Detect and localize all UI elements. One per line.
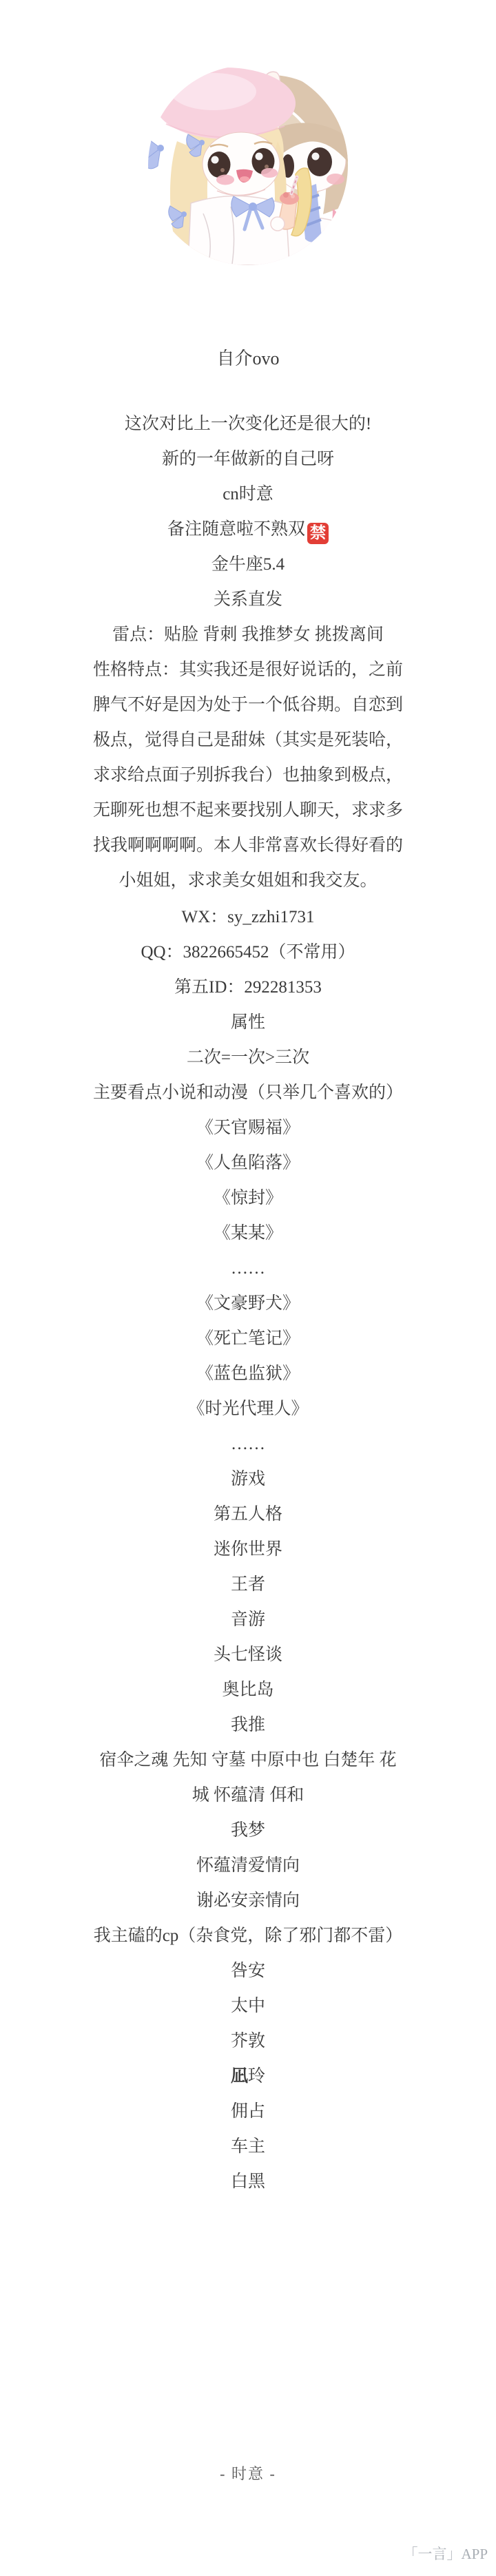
bio-line: WX：sy_zzhi1731 bbox=[0, 900, 496, 935]
bio-line: 音游 bbox=[0, 1602, 496, 1637]
bio-line: 迷你世界 bbox=[0, 1532, 496, 1567]
bio-line: 第五人格 bbox=[0, 1497, 496, 1532]
watermark-app-label: 「一言」APP bbox=[403, 2543, 488, 2564]
avatar bbox=[148, 65, 348, 265]
bio-line: 找我啊啊啊啊。本人非常喜欢长得好看的 bbox=[0, 828, 496, 863]
bio-line: 太中 bbox=[0, 1988, 496, 2024]
bio-page: 自介ovo 这次对比上一次变化还是很大的!新的一年做新的自己呀cn时意备注随意啦… bbox=[0, 0, 496, 2576]
bio-line: 凪玲 bbox=[0, 2059, 496, 2094]
bio-line: 咎安 bbox=[0, 1953, 496, 1988]
bio-line: 金牛座5.4 bbox=[0, 547, 496, 582]
bio-line: 备注随意啦不熟双禁 bbox=[0, 512, 496, 547]
footer-signature: - 时意 - bbox=[0, 2458, 496, 2491]
bio-line: 头七怪谈 bbox=[0, 1637, 496, 1672]
bio-line: 主要看点小说和动漫（只举几个喜欢的） bbox=[0, 1075, 496, 1110]
bio-line: 车主 bbox=[0, 2129, 496, 2164]
bio-line: 性格特点：其实我还是很好说话的，之前 bbox=[0, 652, 496, 687]
bio-line: 我推 bbox=[0, 1707, 496, 1743]
bio-lines: 这次对比上一次变化还是很大的!新的一年做新的自己呀cn时意备注随意啦不熟双禁金牛… bbox=[0, 376, 496, 2199]
bio-line: 佣占 bbox=[0, 2094, 496, 2129]
bio-line: 游戏 bbox=[0, 1462, 496, 1497]
bio-line: 《死亡笔记》 bbox=[0, 1321, 496, 1356]
bio-line: 关系直发 bbox=[0, 582, 496, 617]
bio-line: 新的一年做新的自己呀 bbox=[0, 442, 496, 477]
avatar-illustration bbox=[148, 65, 348, 265]
bio-line: 《天官赐福》 bbox=[0, 1110, 496, 1145]
bio-line: 我梦 bbox=[0, 1813, 496, 1848]
bio-line: 王者 bbox=[0, 1567, 496, 1602]
bio-line: 脾气不好是因为处于一个低谷期。自恋到 bbox=[0, 687, 496, 723]
bio-line: 极点，觉得自己是甜妹（其实是死装哈， bbox=[0, 723, 496, 758]
bio-line: 二次=一次>三次 bbox=[0, 1040, 496, 1075]
prohibited-emoji: 禁 bbox=[307, 523, 329, 544]
bio-line: 宿伞之魂 先知 守墓 中原中也 白楚年 花 bbox=[0, 1743, 496, 1778]
bio-line: …… bbox=[0, 1251, 496, 1286]
bio-line: 《文豪野犬》 bbox=[0, 1286, 496, 1321]
bio-line: 《蓝色监狱》 bbox=[0, 1356, 496, 1391]
bio-line: 谢必安亲情向 bbox=[0, 1883, 496, 1918]
bio-line: 《人鱼陷落》 bbox=[0, 1145, 496, 1181]
bio-line: 求求给点面子别拆我台）也抽象到极点， bbox=[0, 758, 496, 793]
bio-line: 这次对比上一次变化还是很大的! bbox=[0, 406, 496, 442]
bio-line: 属性 bbox=[0, 1005, 496, 1040]
bio-line: 《惊封》 bbox=[0, 1181, 496, 1216]
bio-line: 芥敦 bbox=[0, 2024, 496, 2059]
bio-line: 《某某》 bbox=[0, 1216, 496, 1251]
bio-line: 无聊死也想不起来要找别人聊天，求求多 bbox=[0, 793, 496, 828]
page-title: 自介ovo bbox=[0, 341, 496, 376]
bio-line: 白黑 bbox=[0, 2164, 496, 2199]
bio-line: 第五ID：292281353 bbox=[0, 970, 496, 1005]
bio-line: 怀蕴清爱情向 bbox=[0, 1848, 496, 1883]
bio-line: 《时光代理人》 bbox=[0, 1391, 496, 1426]
bio-line: 小姐姐，求求美女姐姐和我交友。 bbox=[0, 863, 496, 898]
bio-line: 我主磕的cp（杂食党，除了邪门都不雷） bbox=[0, 1918, 496, 1953]
bio-line: 奥比岛 bbox=[0, 1672, 496, 1707]
bio-line: 雷点：贴脸 背刺 我推梦女 挑拨离间 bbox=[0, 617, 496, 652]
bio-line: 城 怀蕴清 佴和 bbox=[0, 1778, 496, 1813]
bio-line: cn时意 bbox=[0, 477, 496, 512]
bio-line: QQ：3822665452（不常用） bbox=[0, 935, 496, 970]
bio-line: …… bbox=[0, 1426, 496, 1462]
